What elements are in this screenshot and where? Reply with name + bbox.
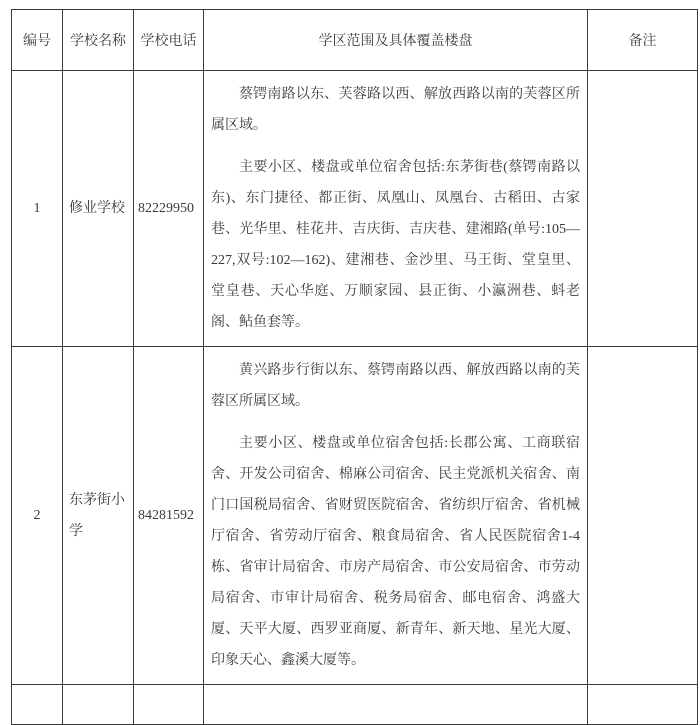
col-header-number: 编号 xyxy=(12,10,63,71)
table-row: 2 东茅街小学 84281592 黄兴路步行街以东、蔡锷南路以西、解放西路以南的… xyxy=(12,347,698,679)
district-coverage: 黄兴路步行街以东、蔡锷南路以西、解放西路以南的芙蓉区所属区域。 主要小区、楼盘或… xyxy=(204,347,588,679)
school-district-table-container: 编号 学校名称 学校电话 学区范围及具体覆盖楼盘 备注 1 修业学校 82229… xyxy=(11,9,698,678)
col-header-district-coverage: 学区范围及具体覆盖楼盘 xyxy=(204,10,588,71)
row-number: 2 xyxy=(12,347,63,679)
district-boundary-text: 蔡锷南路以东、芙蓉路以西、解放西路以南的芙蓉区所属区域。 xyxy=(211,79,580,141)
district-estates-text: 主要小区、楼盘或单位宿舍包括:东茅街巷(蔡锷南路以东)、东门捷径、都正街、凤凰山… xyxy=(211,152,580,338)
district-boundary-text: 黄兴路步行街以东、蔡锷南路以西、解放西路以南的芙蓉区所属区域。 xyxy=(211,355,580,417)
district-coverage: 蔡锷南路以东、芙蓉路以西、解放西路以南的芙蓉区所属区域。 主要小区、楼盘或单位宿… xyxy=(204,71,588,347)
school-district-table: 编号 学校名称 学校电话 学区范围及具体覆盖楼盘 备注 1 修业学校 82229… xyxy=(11,9,698,678)
school-phone: 82229950 xyxy=(134,71,204,347)
table-row: 1 修业学校 82229950 蔡锷南路以东、芙蓉路以西、解放西路以南的芙蓉区所… xyxy=(12,71,698,347)
school-name: 东茅街小学 xyxy=(63,347,134,679)
col-header-school-name: 学校名称 xyxy=(63,10,134,71)
school-name: 修业学校 xyxy=(63,71,134,347)
col-header-school-phone: 学校电话 xyxy=(134,10,204,71)
header-row: 编号 学校名称 学校电话 学区范围及具体覆盖楼盘 备注 xyxy=(12,10,698,71)
school-phone: 84281592 xyxy=(134,347,204,679)
col-header-remark: 备注 xyxy=(588,10,698,71)
row-number: 1 xyxy=(12,71,63,347)
remark xyxy=(588,71,698,347)
remark xyxy=(588,347,698,679)
district-estates-text: 主要小区、楼盘或单位宿舍包括:长郡公寓、工商联宿舍、开发公司宿舍、棉麻公司宿舍、… xyxy=(211,428,580,676)
